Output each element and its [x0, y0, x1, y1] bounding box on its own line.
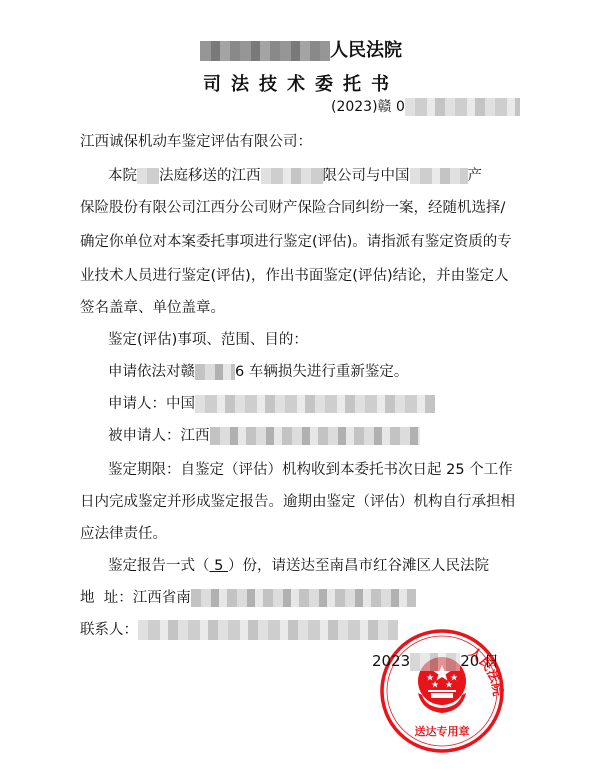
redacted-plate-number — [195, 364, 235, 380]
paragraph1-line4: 业技术人员进行鉴定(评估)，作出书面鉴定(评估)结论，并由鉴定人 — [80, 264, 509, 285]
contact-line: 联系人： — [80, 618, 398, 640]
redacted-contact — [138, 620, 398, 640]
redacted-court-prefix — [200, 41, 330, 61]
copies-count: 5 — [210, 558, 228, 574]
issue-date: 202320 日 — [372, 650, 499, 671]
document-page: 人民法院 司法技术委托书 (2023)赣 0 江西诚保机动车鉴定评估有限公司： … — [0, 0, 602, 771]
deadline-line3: 应法律责任。 — [80, 522, 167, 543]
paragraph1-line3: 确定你单位对本案委托事项进行鉴定(评估)。请指派有鉴定资质的专 — [80, 230, 512, 251]
redacted-applicant — [195, 395, 435, 413]
court-seal: 人民法院 送达专用章 — [378, 627, 506, 755]
redacted-text — [137, 168, 159, 184]
redacted-text — [261, 168, 323, 184]
redacted-respondent — [210, 427, 420, 445]
redacted-text — [410, 168, 468, 184]
court-name: 人民法院 — [0, 36, 602, 62]
deadline-line1: 鉴定期限：自鉴定（评估）机构收到本委托书次日起 25 个工作 — [108, 458, 513, 479]
applicant: 申请人：中国 — [108, 392, 435, 413]
addressee: 江西诚保机动车鉴定评估有限公司： — [80, 130, 312, 151]
seal-bottom-text: 送达专用章 — [415, 724, 470, 738]
case-number: (2023)赣 0 — [331, 96, 520, 116]
scope-detail: 申请依法对赣6 车辆损失进行重新鉴定。 — [108, 360, 408, 381]
scope-heading: 鉴定(评估)事项、范围、目的： — [108, 328, 308, 349]
deadline-line2: 日内完成鉴定并形成鉴定报告。逾期由鉴定（评估）机构自行承担相 — [80, 490, 515, 511]
redacted-case-number — [405, 98, 520, 116]
paragraph1-line2: 保险股份有限公司江西分公司财产保险合同纠纷一案，经随机选择/ — [80, 196, 505, 217]
redacted-month — [410, 653, 460, 671]
paragraph1-line5: 签名盖章、单位盖章。 — [80, 296, 225, 317]
document-title: 司法技术委托书 — [0, 70, 602, 96]
address-line: 地 址：江西省南 — [80, 586, 416, 607]
paragraph1-line1: 本院法庭移送的江西限公司与中国产 — [108, 164, 482, 185]
copies-line: 鉴定报告一式（ 5 ）份，请送达至南昌市红谷滩区人民法院 — [108, 554, 489, 575]
respondent: 被申请人：江西 — [108, 424, 420, 445]
redacted-address — [191, 589, 416, 607]
